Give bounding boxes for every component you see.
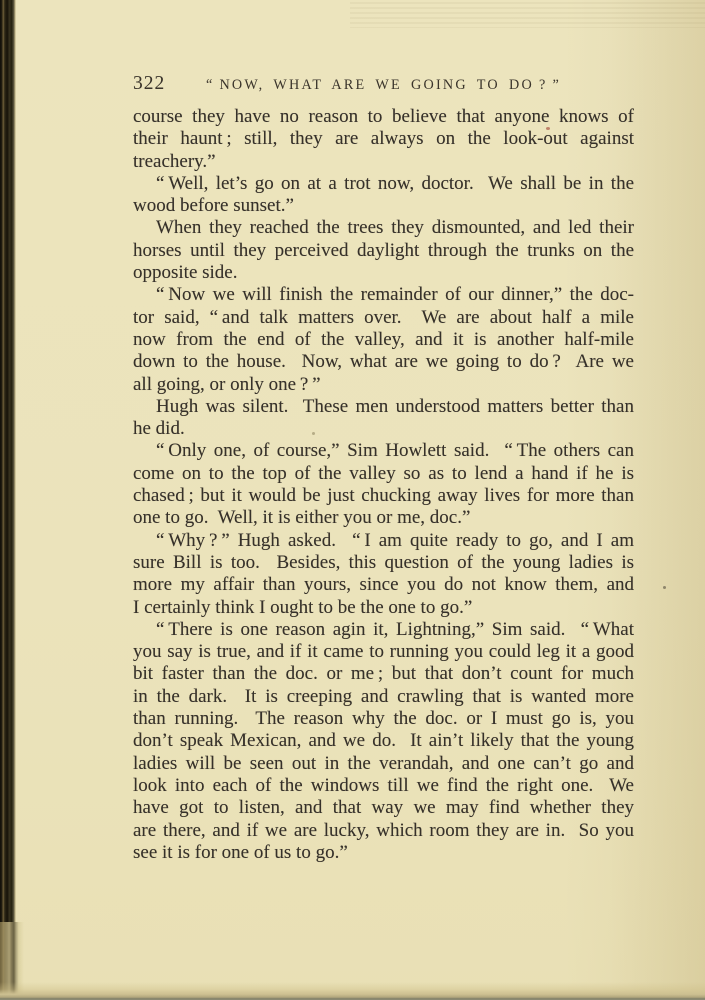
book-page: 322 “ NOW, WHAT ARE WE GOING TO DO ? ” c… [0, 0, 705, 1000]
text-line: than running. The reason why the doc. or… [133, 708, 634, 730]
text-line: “ Only one, of course,” Sim Howlett said… [133, 440, 634, 462]
page-body: course they have no reason to believe th… [133, 106, 634, 864]
text-line: ladies will be seen out in the verandah,… [133, 753, 634, 775]
text-line: see it is for one of us to go.” [133, 842, 634, 864]
page-bottom-edge [0, 982, 705, 1000]
scan-speck [546, 127, 550, 130]
text-line: in the dark. It is creeping and crawling… [133, 686, 634, 708]
scan-speck [663, 586, 666, 589]
text-line: are there, and if we are lucky, which ro… [133, 820, 634, 842]
text-line: sure Bill is too. Besides, this question… [133, 552, 634, 574]
text-line: all going, or only one ? ” [133, 374, 634, 396]
text-line: “ Now we will finish the remainder of ou… [133, 284, 634, 306]
text-line: “ There is one reason agin it, Lightning… [133, 619, 634, 641]
text-line: down to the house. Now, what are we goin… [133, 351, 634, 373]
text-line: I certainly think I ought to be the one … [133, 597, 634, 619]
paragraph: “ Why ? ” Hugh asked. “ I am quite ready… [133, 530, 634, 619]
text-line: course they have no reason to believe th… [133, 106, 634, 128]
book-binding-edge [0, 0, 16, 1000]
paragraph: “ Well, let’s go on at a trot now, docto… [133, 173, 634, 218]
text-line: one to go. Well, it is either you or me,… [133, 507, 634, 529]
paragraph: When they reached the trees they dismoun… [133, 217, 634, 284]
text-line: don’t speak Mexican, and we do. It ain’t… [133, 730, 634, 752]
text-line: he did. [133, 418, 634, 440]
text-line: look into each of the windows till we fi… [133, 775, 634, 797]
paragraph: course they have no reason to believe th… [133, 106, 634, 173]
text-line: tor said, “ and talk matters over. We ar… [133, 307, 634, 329]
text-line: “ Well, let’s go on at a trot now, docto… [133, 173, 634, 195]
text-line: have got to listen, and that way we may … [133, 797, 634, 819]
text-line: horses until they perceived daylight thr… [133, 240, 634, 262]
text-line: come on to the top of the valley so as t… [133, 463, 634, 485]
running-head: “ NOW, WHAT ARE WE GOING TO DO ? ” [133, 77, 634, 94]
paragraph: Hugh was silent. These men understood ma… [133, 396, 634, 441]
text-line: now from the end of the valley, and it i… [133, 329, 634, 351]
text-line: you say is true, and if it came to runni… [133, 641, 634, 663]
paragraph: “ Only one, of course,” Sim Howlett said… [133, 440, 634, 529]
page-header: 322 “ NOW, WHAT ARE WE GOING TO DO ? ” [133, 72, 634, 98]
text-line: opposite side. [133, 262, 634, 284]
text-line: wood before sunset.” [133, 195, 634, 217]
text-line: treachery.” [133, 151, 634, 173]
text-line: When they reached the trees they dismoun… [133, 217, 634, 239]
text-line: bit faster than the doc. or me ; but tha… [133, 663, 634, 685]
text-line: “ Why ? ” Hugh asked. “ I am quite ready… [133, 530, 634, 552]
text-line: Hugh was silent. These men understood ma… [133, 396, 634, 418]
paragraph: “ Now we will finish the remainder of ou… [133, 284, 634, 395]
text-line: their haunt ; still, they are always on … [133, 128, 634, 150]
text-line: chased ; but it would be just chucking a… [133, 485, 634, 507]
scan-speck [312, 432, 315, 435]
paragraph: “ There is one reason agin it, Lightning… [133, 619, 634, 864]
text-line: more my affair than yours, since you do … [133, 574, 634, 596]
